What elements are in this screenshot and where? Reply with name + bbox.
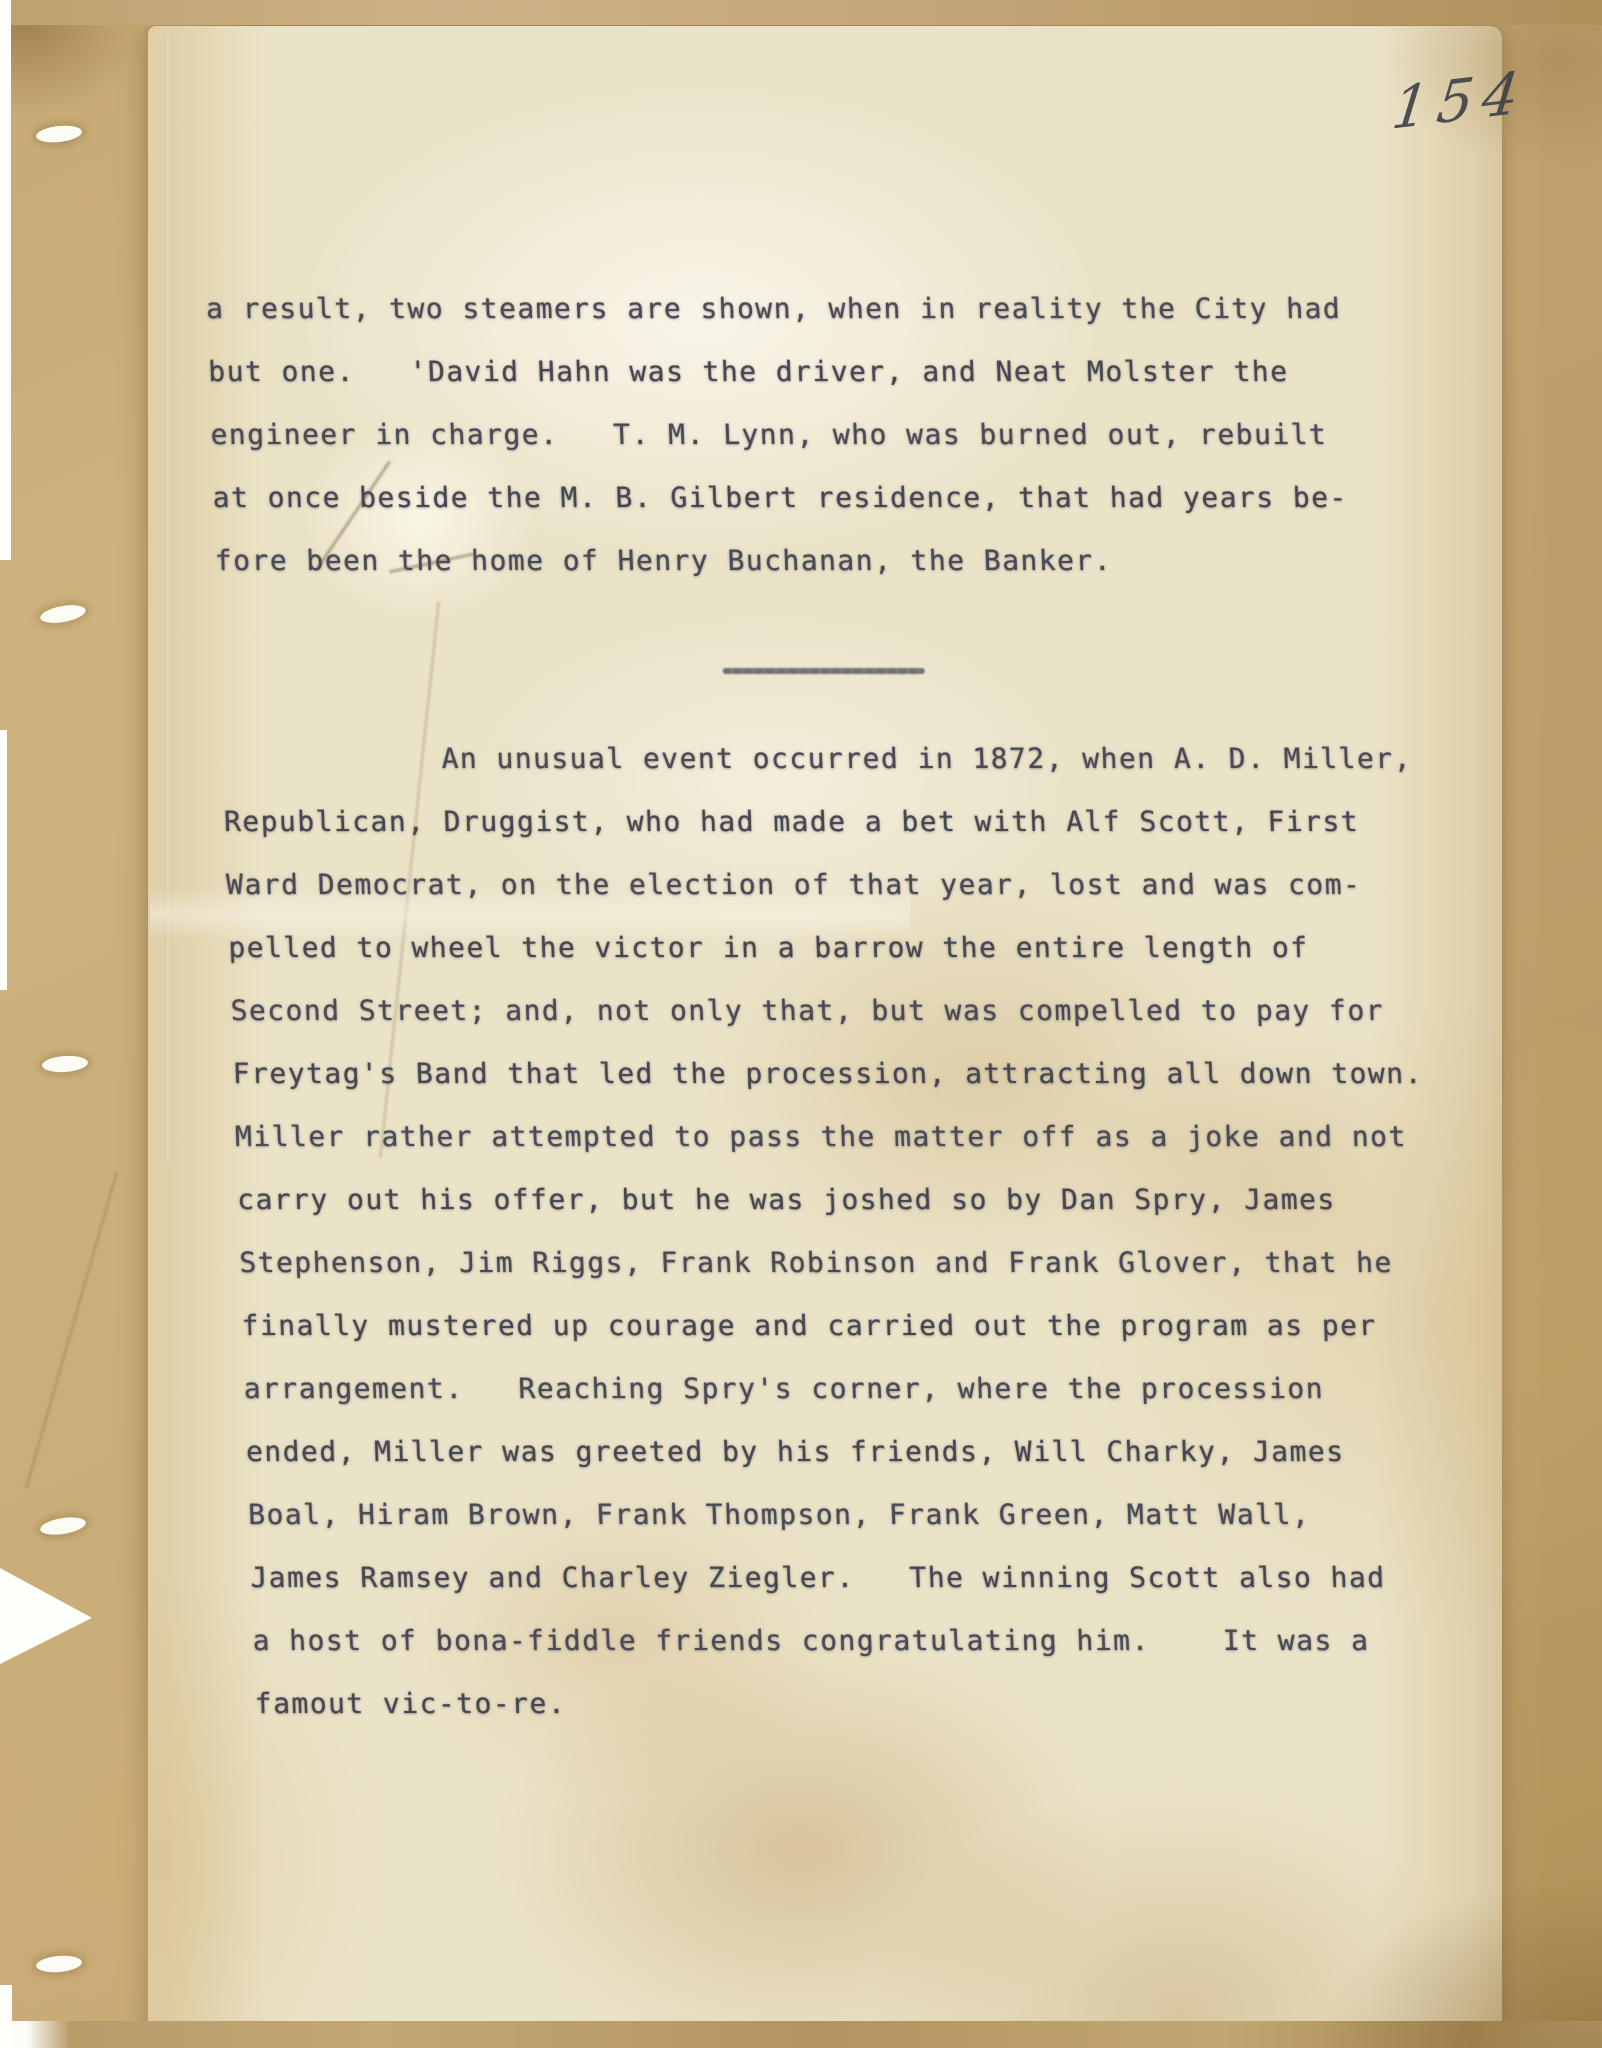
typed-line: Freytag's Band that led the procession, …	[232, 1042, 1424, 1105]
typed-line: famout vic-to-re.	[254, 1672, 1446, 1735]
punch-hole	[39, 602, 87, 626]
typed-line: arrangement. Reaching Spry's corner, whe…	[243, 1357, 1435, 1420]
typed-line: engineer in charge. T. M. Lynn, who was …	[209, 403, 1346, 466]
torn-edge-white-wedge	[0, 1568, 92, 1664]
typed-paragraph-2: An unusual event occurred in 1872, when …	[221, 727, 1446, 1735]
punch-hole	[35, 1954, 82, 1974]
typed-line: carry out his offer, but he was joshed s…	[236, 1168, 1428, 1231]
typed-line: Stephenson, Jim Riggs, Frank Robinson an…	[238, 1231, 1430, 1294]
typed-line: James Ramsey and Charley Ziegler. The wi…	[249, 1546, 1441, 1609]
typed-line: a result, two steamers are shown, when i…	[205, 277, 1342, 340]
punch-hole	[39, 1515, 87, 1538]
typed-line: Miller rather attempted to pass the matt…	[234, 1105, 1426, 1168]
bottom-left-crease	[25, 1171, 119, 1489]
typed-line: Republican, Druggist, who had made a bet…	[223, 790, 1415, 853]
typed-line: pelled to wheel the victor in a barrow t…	[227, 916, 1419, 979]
torn-edge-white-sliver	[0, 1985, 12, 2048]
typed-line: Boal, Hiram Brown, Frank Thompson, Frank…	[247, 1483, 1439, 1546]
document-scan: 154 a result, two steamers are shown, wh…	[0, 0, 1602, 2048]
typed-line: at once beside the M. B. Gilbert residen…	[212, 466, 1349, 529]
torn-edge-white-sliver	[0, 0, 11, 560]
punch-hole	[41, 1054, 88, 1073]
vertical-crease	[166, 34, 170, 1164]
section-divider	[723, 668, 925, 674]
typed-line: ended, Miller was greeted by his friends…	[245, 1420, 1437, 1483]
typed-line: An unusual event occurred in 1872, when …	[221, 727, 1413, 790]
typed-line: Ward Democrat, on the election of that y…	[225, 853, 1417, 916]
typed-line: finally mustered up courage and carried …	[241, 1294, 1433, 1357]
bottom-right-shadow	[1322, 1878, 1602, 2048]
punch-hole	[35, 124, 82, 145]
typed-paragraph-1: a result, two steamers are shown, when i…	[205, 277, 1351, 592]
typed-line: fore been the home of Henry Buchanan, th…	[214, 529, 1351, 592]
backing-paper-top-edge	[0, 0, 1602, 25]
typed-line: but one. 'David Hahn was the driver, and…	[207, 340, 1344, 403]
typed-line: Second Street; and, not only that, but w…	[230, 979, 1422, 1042]
torn-edge-white-sliver	[0, 730, 7, 990]
typed-line: a host of bona-fiddle friends congratula…	[252, 1609, 1444, 1672]
